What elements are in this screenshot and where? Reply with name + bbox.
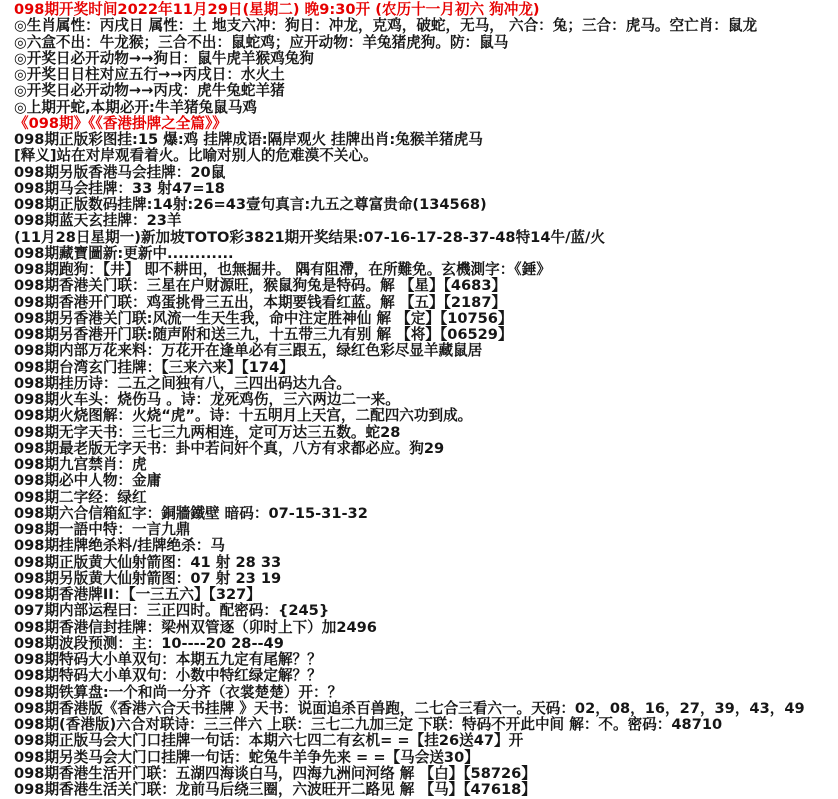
text-line: 098期正版马会大门口挂牌一句话：本期六七四二有玄机= =【挂26送47】开 bbox=[14, 733, 834, 749]
text-line: 098期火烧图解：火烧“虎”。诗：十五明月上天宫，二配四六功到成。 bbox=[14, 408, 834, 424]
text-line: 098期(香港版)六合对联诗：三三伴六 上联：三七二九加三定 下联：特码不开此中… bbox=[14, 717, 834, 733]
text-line: ◎开奖日必开动物→→狗日：鼠牛虎羊猴鸡兔狗 bbox=[14, 51, 834, 67]
text-line: 098期开奖时间2022年11月29日(星期二) 晚9:30开 (农历十一月初六… bbox=[14, 2, 834, 18]
text-line: 098期香港信封挂牌：梁州双管逐（卯时上下）加2496 bbox=[14, 620, 834, 636]
text-line: 098期香港生活关门联：龙前马后绕三圈，六波旺开二路见 解 【马】【47618】 bbox=[14, 782, 834, 798]
text-line: 098期必中人物：金庸 bbox=[14, 473, 834, 489]
text-line: ◎开奖日日柱对应五行→→丙戌日：水火土 bbox=[14, 67, 834, 83]
text-line: 098期另版黄大仙射箭图：07 射 23 19 bbox=[14, 571, 834, 587]
text-line: 098期香港牌II：【一三五六】【327】 bbox=[14, 587, 834, 603]
text-line: 098期铁算盘:一个和尚一分齐（衣裳楚楚）开：？ bbox=[14, 685, 834, 701]
text-line: 098期另香港关门联:风流一生天生我，命中注定胜神仙 解 【定】【10756】 bbox=[14, 311, 834, 327]
text-line: 098期挂牌绝杀料/挂牌绝杀：马 bbox=[14, 538, 834, 554]
text-line: 098期波段预测：主：10----20 28--49 bbox=[14, 636, 834, 652]
text-line: 098期正版数码挂牌:14射:26=43壹句真言:九五之尊富贵命(134568) bbox=[14, 197, 834, 213]
text-line: 098期跑狗：【井】 即不耕田，也無掘井。 隅有阻滯，在所難免。玄機測字：《錘》 bbox=[14, 262, 834, 278]
text-line: 098期九宫禁肖：虎 bbox=[14, 457, 834, 473]
text-line: 098期内部万花来料：万花开在逢单必有三跟五，绿红色彩尽显羊藏鼠居 bbox=[14, 343, 834, 359]
text-line: 098期挂历诗：二五之间独有八，三四出码达九合。 bbox=[14, 376, 834, 392]
text-line: 097期内部运程曰：三正四时。配密码：{245} bbox=[14, 603, 834, 619]
text-line: 098期正版彩图挂:15 爆:鸡 挂牌成语:隔岸观火 挂牌出肖:兔猴羊猪虎马 bbox=[14, 132, 834, 148]
text-line: 098期台湾玄门挂牌：【三来六来】【174】 bbox=[14, 360, 834, 376]
text-line: 098期火车头：烧伤马 。诗：龙死鸡伤，三六两边二一来。 bbox=[14, 392, 834, 408]
text-line: 098期无字天书：三七三九两相连，定可万达三五数。蛇28 bbox=[14, 425, 834, 441]
text-line: ◎上期开蛇,本期必开:牛羊猪兔鼠马鸡 bbox=[14, 100, 834, 116]
text-line: [释义]站在对岸观看着火。比喻对别人的危难漠不关心。 bbox=[14, 148, 834, 164]
text-line: ◎开奖日必开动物→→丙戌：虎牛兔蛇羊猪 bbox=[14, 83, 834, 99]
text-line: 098期香港开门联：鸡蛋挑骨三五出，本期要钱看红蓝。解 【五】【2187】 bbox=[14, 295, 834, 311]
text-line: 098期香港版《香港六合天书挂牌 》天书：说面追杀百兽跑，二七合三看六一。天码：… bbox=[14, 701, 834, 717]
text-line: 098期特码大小单双句：本期五九定有尾解？？ bbox=[14, 652, 834, 668]
text-line: 《098期》《《香港掛牌之全篇》》 bbox=[14, 116, 834, 132]
text-line: 098期最老版无字天书：卦中若问奸个真，八方有求都必应。狗29 bbox=[14, 441, 834, 457]
text-line: 098期一語中特：一言九鼎 bbox=[14, 522, 834, 538]
text-line: 098期正版黄大仙射箭图：41 射 28 33 bbox=[14, 555, 834, 571]
text-line: 098期藏寶圖新:更新中............ bbox=[14, 246, 834, 262]
text-line: 098期另类马会大门口挂牌一句话：蛇兔牛羊争先来 = =【马会送30】 bbox=[14, 750, 834, 766]
lottery-tips-page: 098期开奖时间2022年11月29日(星期二) 晚9:30开 (农历十一月初六… bbox=[0, 0, 838, 799]
text-line: 098期六合信箱紅字：銅牆鐵壁 暗码：07-15-31-32 bbox=[14, 506, 834, 522]
text-line: (11月28日星期一)新加坡TOTO彩3821期开奖结果:07-16-17-28… bbox=[14, 230, 834, 246]
text-line: 098期另香港开门联:随声附和送三九，十五带三九有别 解 【将】【06529】 bbox=[14, 327, 834, 343]
text-line: 098期香港生活开门联：五湖四海谈白马，四海九洲问河络 解 【白】【58726】 bbox=[14, 766, 834, 782]
text-line: 098期蓝天玄挂牌：23羊 bbox=[14, 213, 834, 229]
text-line: 098期马会挂牌：33 射47=18 bbox=[14, 181, 834, 197]
text-line: 098期另版香港马会挂牌：20鼠 bbox=[14, 165, 834, 181]
content-lines: 098期开奖时间2022年11月29日(星期二) 晚9:30开 (农历十一月初六… bbox=[14, 2, 834, 798]
text-line: 098期二字经：绿红 bbox=[14, 490, 834, 506]
text-line: ◎六盒不出：牛龙猴；三合不出：鼠蛇鸡；应开动物：羊兔猪虎狗。防：鼠马 bbox=[14, 35, 834, 51]
text-line: ◎生肖属性：丙戌日 属性：土 地支六冲：狗日：冲龙，克鸡，破蛇，无马， 六合：兔… bbox=[14, 18, 834, 34]
text-line: 098期特码大小单双句：小数中特红绿定解？？ bbox=[14, 668, 834, 684]
text-line: 098期香港关门联：三星在户财源旺，猴鼠狗兔是特码。解 【星】【4683】 bbox=[14, 278, 834, 294]
